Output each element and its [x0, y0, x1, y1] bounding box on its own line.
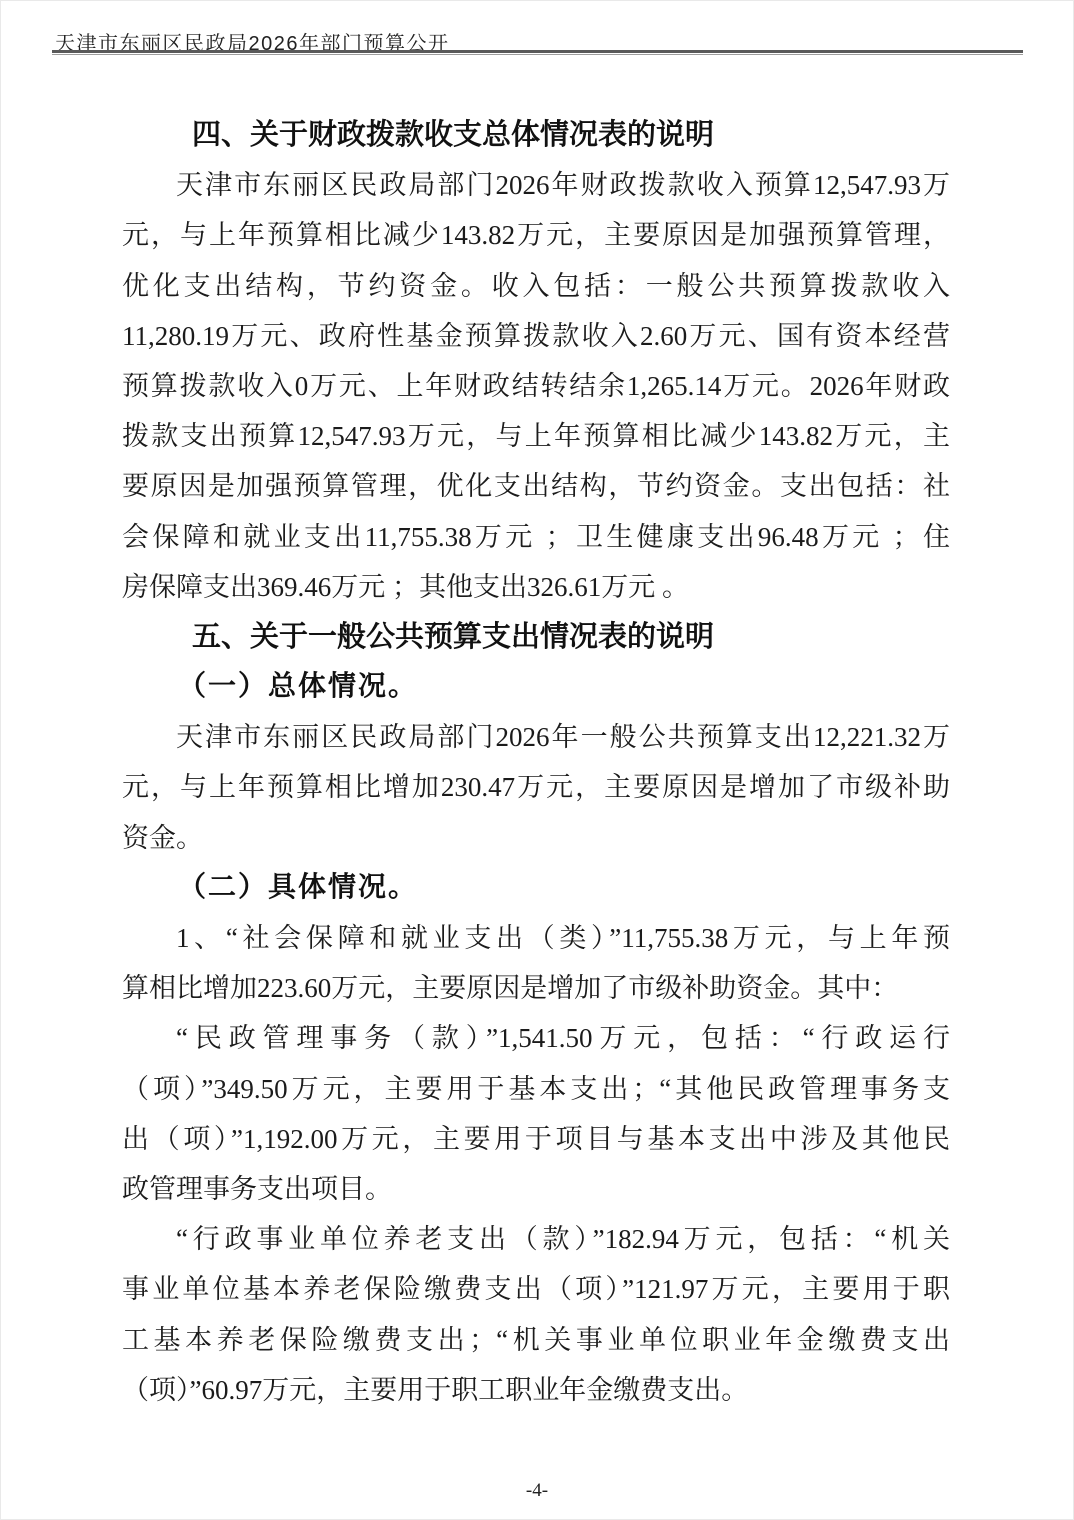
paragraph-5-line-2: 事业单位基本养老保险缴费支出（项）”121.97万元，主要用于职	[122, 1264, 950, 1314]
paragraph-4-line-3: 出（项）”1,192.00万元，主要用于项目与基本支出中涉及其他民	[122, 1114, 950, 1164]
paragraph-1-line-8: 会保障和就业支出11,755.38万元 ；卫生健康支出96.48万元 ；住	[122, 512, 950, 562]
paragraph-3-line-2: 算相比增加223.60万元，主要原因是增加了市级补助资金。其中：	[122, 963, 950, 1013]
section-4-heading: 四、关于财政拨款收支总体情况表的说明	[122, 110, 950, 160]
subsection-2-heading: （二）具体情况。	[122, 863, 950, 913]
paragraph-2-line-2: 元，与上年预算相比增加230.47万元，主要原因是增加了市级补助	[122, 762, 950, 812]
paragraph-4-line-1: “民政管理事务（款）”1,541.50万元，包括：“行政运行	[122, 1013, 950, 1063]
header-rule	[52, 50, 1023, 55]
paragraph-4-line-2: （项）”349.50万元，主要用于基本支出；“其他民政管理事务支	[122, 1064, 950, 1114]
paragraph-2-line-3: 资金。	[122, 813, 950, 863]
page-number: -4-	[526, 1480, 548, 1501]
paragraph-1-line-4: 11,280.19万元、政府性基金预算拨款收入2.60万元、国有资本经营	[122, 311, 950, 361]
section-5-heading: 五、关于一般公共预算支出情况表的说明	[122, 612, 950, 662]
subsection-1-heading: （一）总体情况。	[122, 662, 950, 712]
paragraph-1-line-6: 拨款支出预算12,547.93万元，与上年预算相比减少143.82万元，主	[122, 411, 950, 461]
paragraph-1-line-2: 元，与上年预算相比减少143.82万元，主要原因是加强预算管理，	[122, 210, 950, 260]
paragraph-2-line-1: 天津市东丽区民政局部门2026年一般公共预算支出12,221.32万	[122, 712, 950, 762]
page-footer: -4-	[0, 1480, 1074, 1502]
paragraph-1-line-9: 房保障支出369.46万元 ；其他支出326.61万元 。	[122, 562, 950, 612]
paragraph-1-line-3: 优化支出结构，节约资金。收入包括：一般公共预算拨款收入	[122, 261, 950, 311]
paragraph-5-line-4: （项）”60.97万元，主要用于职工职业年金缴费支出。	[122, 1365, 950, 1415]
document-body: 四、关于财政拨款收支总体情况表的说明 天津市东丽区民政局部门2026年财政拨款收…	[122, 110, 950, 1415]
document-page: 天津市东丽区民政局2026年部门预算公开 四、关于财政拨款收支总体情况表的说明 …	[0, 0, 1074, 1520]
paragraph-3-line-1: 1、“社会保障和就业支出（类）”11,755.38万元，与上年预	[122, 913, 950, 963]
paragraph-1-line-1: 天津市东丽区民政局部门2026年财政拨款收入预算12,547.93万	[122, 160, 950, 210]
paragraph-4-line-4: 政管理事务支出项目。	[122, 1164, 950, 1214]
paragraph-1-line-5: 预算拨款收入0万元、上年财政结转结余1,265.14万元。2026年财政	[122, 361, 950, 411]
paragraph-5-line-1: “行政事业单位养老支出（款）”182.94万元，包括：“机关	[122, 1214, 950, 1264]
paragraph-1-line-7: 要原因是加强预算管理，优化支出结构，节约资金。支出包括：社	[122, 461, 950, 511]
paragraph-5-line-3: 工基本养老保险缴费支出；“机关事业单位职业年金缴费支出	[122, 1315, 950, 1365]
